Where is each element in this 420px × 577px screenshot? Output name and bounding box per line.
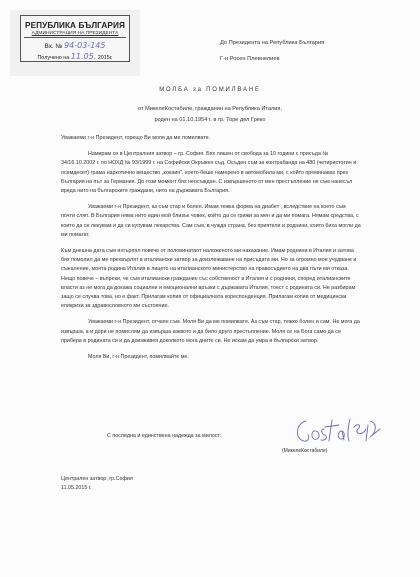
handwritten-signature [292,415,382,450]
document-title: МОЛБА за ПОМИЛВАНЕ [0,87,420,93]
stamp-received-year: 2015г. [98,55,113,61]
addressee-block: До Президента на Република България Г-н … [220,40,324,72]
signer-name: (МикелеКостабиле) [282,448,327,454]
footer-date: 11.05.2015 г. [61,484,133,493]
petitioner-line: от МикелеКостабиле, гражданин на Републи… [0,106,420,112]
footer-block: Централен затвор, гр.София 11.05.2015 г. [61,475,133,493]
paragraph-1: Намирам се в Централния затвор – гр. Соф… [61,150,361,196]
addressee-line-1: До Президента на Република България [220,40,324,46]
stamp-reg-row: Вх. № 94-03-145 [21,41,129,50]
stamp-title: РЕПУБЛИКА БЪЛГАРИЯ [21,21,129,30]
document-page: РЕПУБЛИКА БЪЛГАРИЯ АДМИНИСТРАЦИЯ НА ПРЕЗ… [0,0,420,577]
paragraph-2: Уважаеми г-н Президент, аз съм стар и бо… [61,203,361,240]
stamp-subtitle: АДМИНИСТРАЦИЯ НА ПРЕЗИДЕНТА [24,31,126,38]
stamp-received-row: Получено на 11.05. 2015г. [21,52,129,61]
stamp-reg-label: Вх. № [45,43,63,50]
closing-line: С последна и единствена надежда за милос… [107,433,221,439]
stamp-received-label: Получено на [37,55,69,61]
stamp-reg-number: 94-03-145 [64,41,105,50]
footer-place: Централен затвор, гр.София [61,475,133,484]
paragraph-4: Уважаеми г-н Президент, отчаян съм. Моля… [61,318,361,346]
greeting: Уважаеми г-н Президент, горещо Ви моля д… [61,134,361,143]
stamp-received-date: 11.05. [71,52,96,61]
paragraph-3: Към днешна дата съм изтърпял повече от п… [61,247,361,311]
paragraph-5: Моля Ви, г-н Президент, помилвайте ме. [61,353,361,362]
birth-line: роден на 01.10.1954 г. в гр. Торе дел Гр… [0,117,420,123]
registration-stamp: РЕПУБЛИКА БЪЛГАРИЯ АДМИНИСТРАЦИЯ НА ПРЕЗ… [20,15,130,62]
letter-body: Уважаеми г-н Президент, горещо Ви моля д… [61,134,361,369]
addressee-line-2: Г-н Росен Плевнелиев [220,56,324,62]
